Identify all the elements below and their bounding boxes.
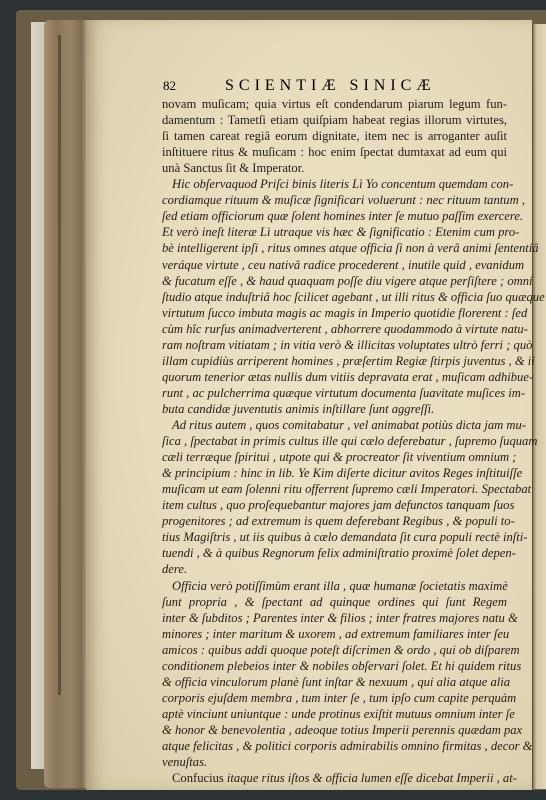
text-line: Et verò ineſt literæ Lì utraque vis hæc … bbox=[162, 224, 507, 240]
text-line: venuſtas. bbox=[162, 754, 507, 770]
text-line: item cultus , quo proſequebantur majores… bbox=[162, 497, 507, 513]
text-line: illam cupidiùs arriperent homines , præſ… bbox=[162, 353, 507, 369]
text-line: tuendi , & à quibus Regnorum felix admin… bbox=[162, 545, 507, 561]
text-line: ram noſtram vitiatam ; in vitia verò & i… bbox=[162, 337, 507, 353]
text-line: inter & ſubditos ; Parentes inter & fili… bbox=[162, 610, 507, 626]
page-stack-edge bbox=[44, 20, 88, 788]
text-line: Officia verò potiſſimùm erant illa , quæ… bbox=[172, 578, 507, 594]
text-line: quorum tenerior ætas nullis dum vitiis d… bbox=[162, 369, 507, 385]
text-line: atque felicitas , & politici corporis ad… bbox=[162, 738, 507, 754]
text-line: veráque virtute , ceu nativâ radice proc… bbox=[162, 257, 507, 273]
text-line: & fucatum eſſe , & haud quaquam poſſe di… bbox=[162, 273, 507, 289]
facing-page-edge bbox=[532, 24, 546, 789]
binding-crack bbox=[58, 35, 61, 695]
text-line: Ad ritus autem , quos comitabatur , vel … bbox=[172, 417, 507, 433]
text-line: progenitores ; ad extremum is quem defer… bbox=[162, 513, 507, 529]
text-line: ſunt propria , & ſpectant ad quinque ord… bbox=[162, 594, 507, 610]
roman-lead-word: Confucius bbox=[172, 771, 224, 785]
text-line: tius Magiſtris , ut iis quibus à cælo de… bbox=[162, 529, 507, 545]
text-line: & principium : hinc in lib. Ye Kim diſer… bbox=[162, 465, 507, 481]
text-line: Hic obſervaquod Priſci binis literis Lì … bbox=[172, 176, 507, 192]
text-line: ſica , ſpectabat in primis cultus ille q… bbox=[162, 433, 507, 449]
header-title: SCIENTIÆ SINICÆ bbox=[225, 77, 436, 95]
text-line: cordiamque rituum & muſicæ ſignificari v… bbox=[162, 192, 507, 208]
text-line: corporis ejuſdem membra , tum inter ſe ,… bbox=[162, 690, 507, 706]
running-head: 82 SCIENTIÆ SINICÆ bbox=[163, 77, 508, 95]
text-line: & honor & benevolentia , adeoque totius … bbox=[162, 722, 507, 738]
text-line: inſtituere ritus & muſicam : hoc enim ſp… bbox=[162, 144, 507, 160]
text-line: runt , ac pulcherrima quæque virtutum do… bbox=[162, 385, 507, 401]
text-line: virtutum ſucco imbuta magis ac magis in … bbox=[162, 305, 507, 321]
text-line: bè intelligerent ipſi , ritus omnes atqu… bbox=[162, 240, 507, 256]
text-line: amicos : quibus addi quoque poteſt diſcr… bbox=[162, 642, 507, 658]
text-line: unà Sanctus ſit & Imperator. bbox=[162, 160, 507, 176]
text-line: Confucius itaque ritus iſtos & officia l… bbox=[172, 770, 507, 786]
text-line: minores ; inter maritum & uxorem , ad ex… bbox=[162, 626, 507, 642]
text-line: novam muſicam; quia virtus eſt condendar… bbox=[162, 96, 507, 112]
text-line: muſicam ut eam ſolenni ritu offerrent ſu… bbox=[162, 481, 507, 497]
text-line: cùm hîc rurſus animadverterent , abhorre… bbox=[162, 321, 507, 337]
text-line: cæli terræque ſpiritui , utpote qui & pr… bbox=[162, 449, 507, 465]
text-line: ſtudio atque induſtriâ hoc ſcilicet ageb… bbox=[162, 289, 507, 305]
text-line: & officia vinculorum planè ſunt inſtar &… bbox=[162, 674, 507, 690]
text-line: conditionem plebeios inter & nobiles obſ… bbox=[162, 658, 507, 674]
text-line: ſi tamen careat regiâ eorum dignitate, i… bbox=[162, 128, 507, 144]
text-line: dere. bbox=[162, 561, 507, 577]
text-line: damentum : Tametſi etiam quiſpiam habeat… bbox=[162, 112, 507, 128]
page-number: 82 bbox=[163, 78, 176, 94]
text-line: aptè vinciunt uniuntque : unde protinus … bbox=[162, 706, 507, 722]
italic-continuation: itaque ritus iſtos & officia lumen eſſe … bbox=[224, 771, 517, 785]
text-line: ſed etiam officiorum quæ ſolent homines … bbox=[162, 208, 507, 224]
text-line: buta candidæ juventutis animis inſtillar… bbox=[162, 401, 507, 417]
